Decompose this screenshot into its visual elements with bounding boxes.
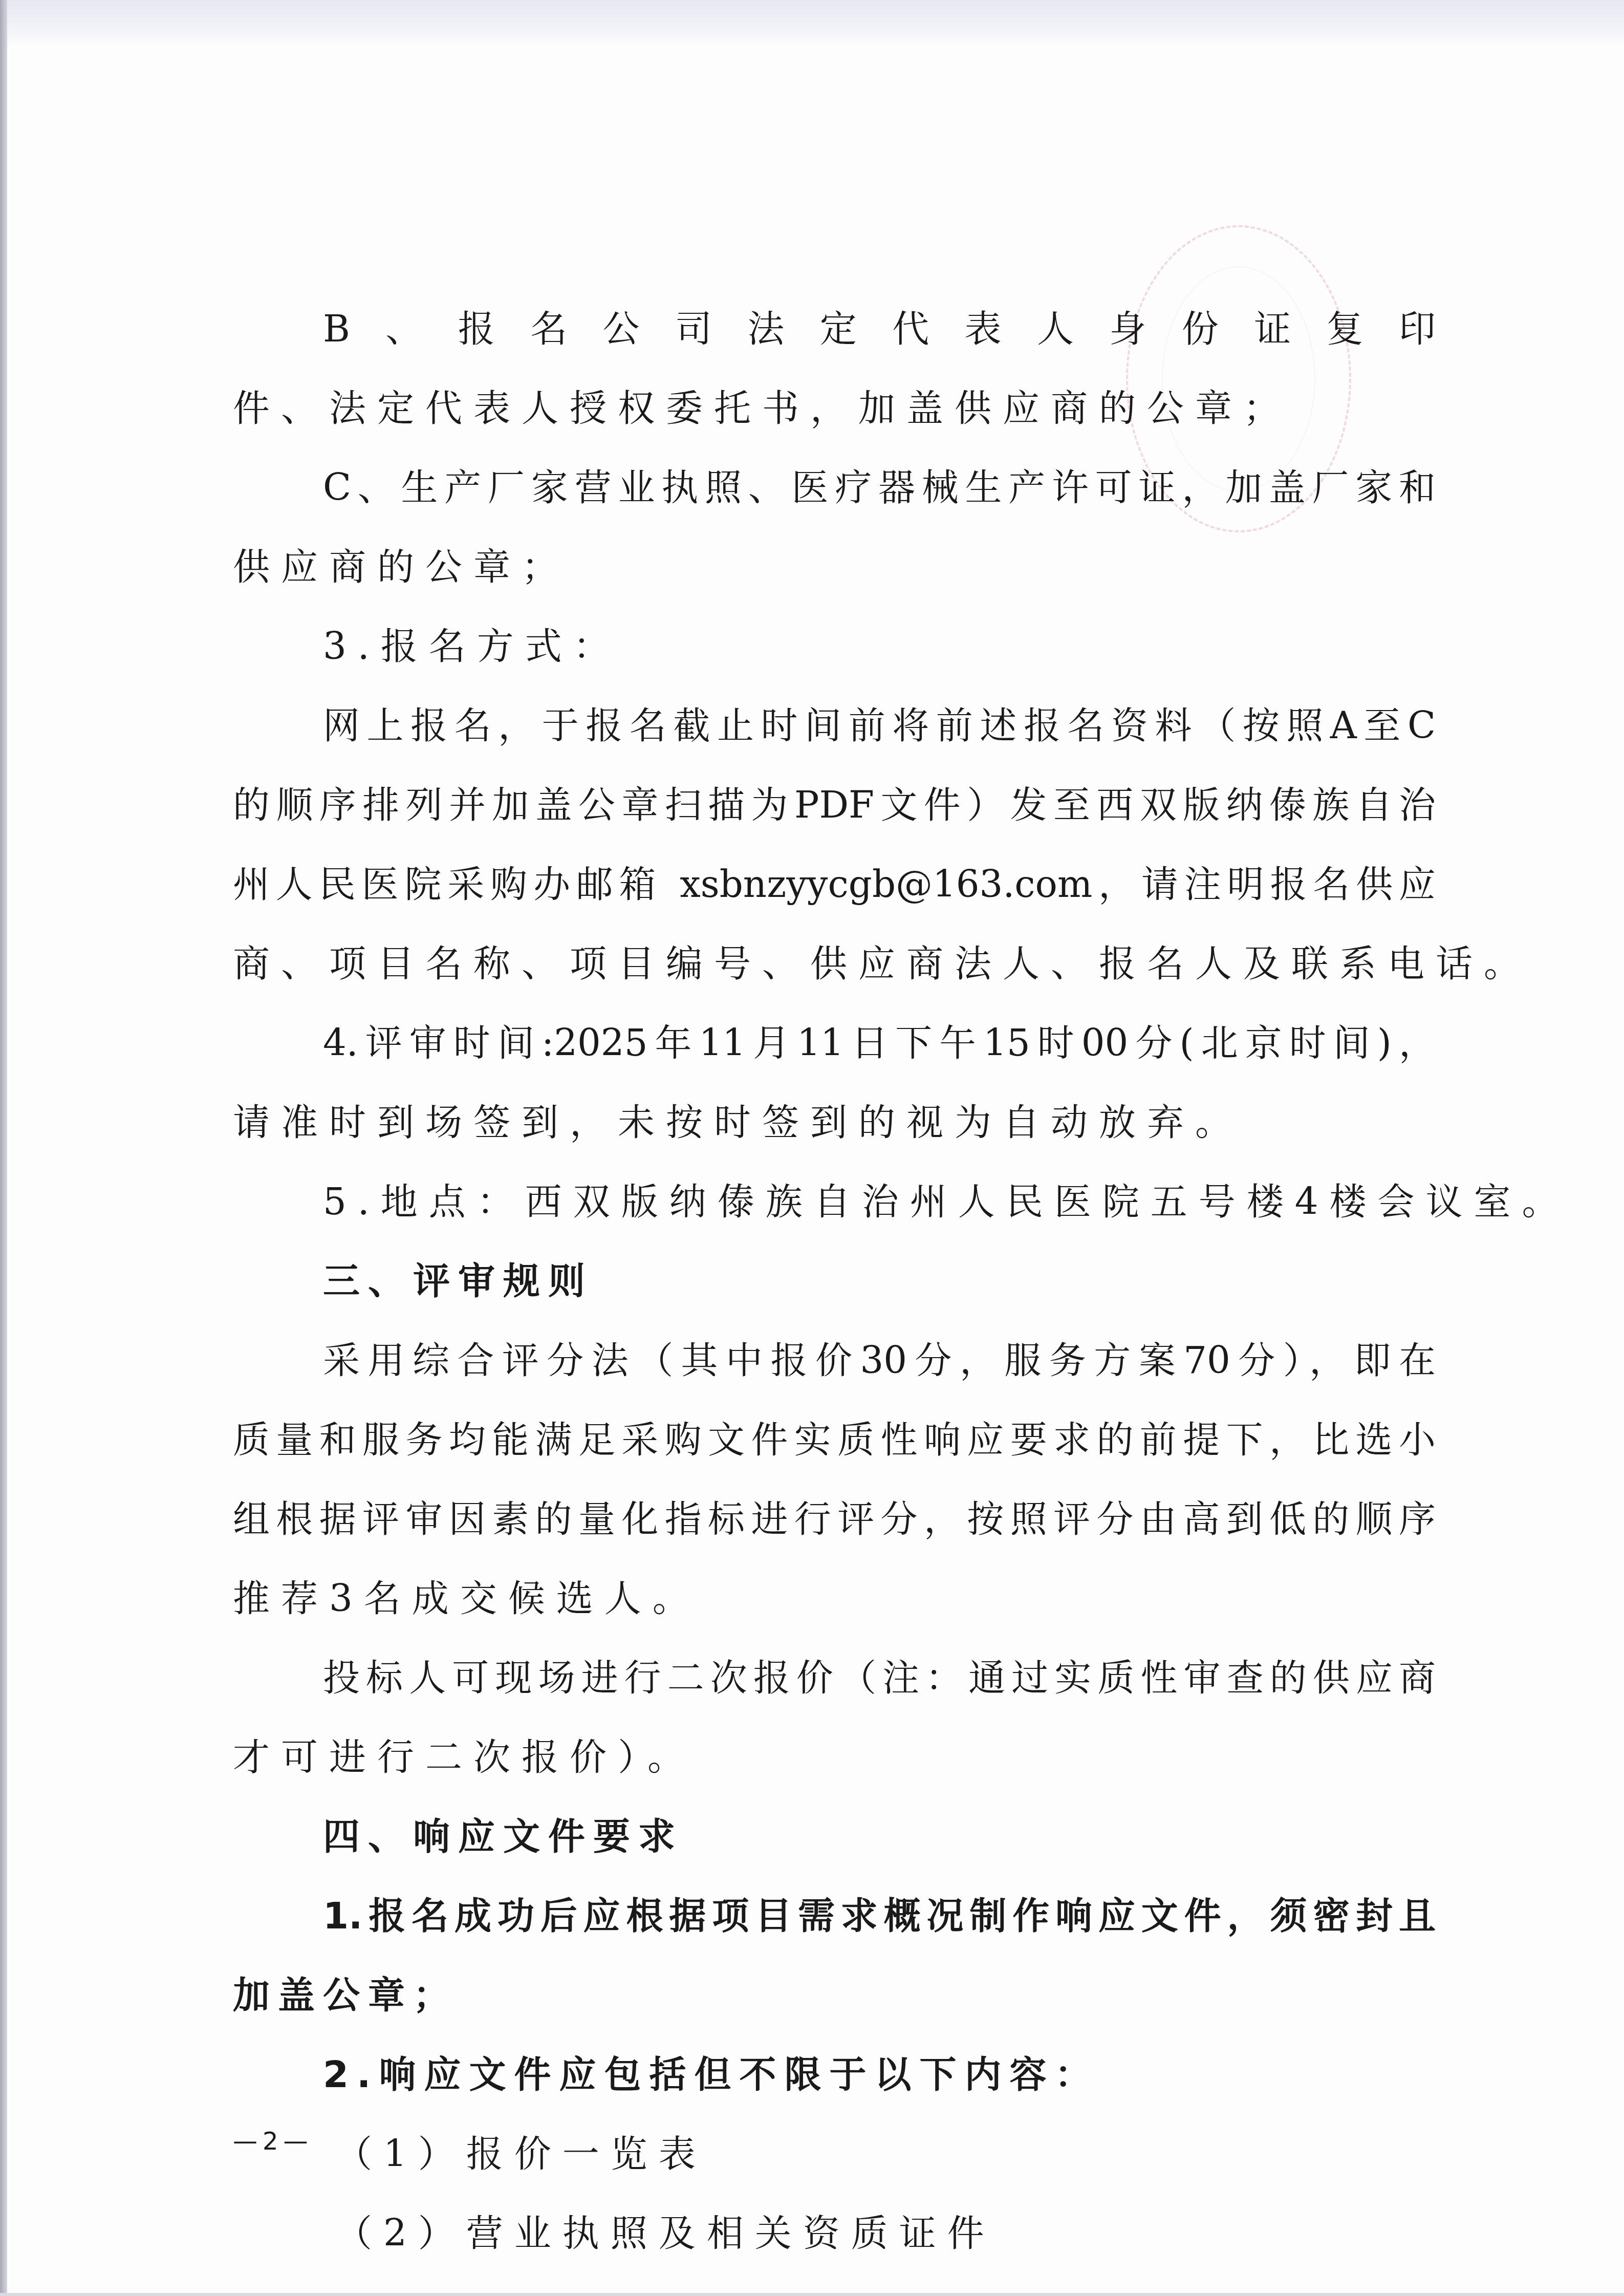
paragraph-line: 网上报名，于报名截止时间前将前述报名资料（按照A至C — [233, 686, 1436, 765]
paragraph-line: 质量和服务均能满足采购文件实质性响应要求的前提下，比选小 — [233, 1400, 1436, 1479]
paragraph-line: C、生产厂家营业执照、医疗器械生产许可证，加盖厂家和 — [233, 448, 1436, 527]
paragraph-line: 商、项目名称、项目编号、供应商法人、报名人及联系电话。 — [233, 924, 1436, 1003]
document-body: B、报名公司法定代表人身份证复印 件、法定代表人授权委托书，加盖供应商的公章； … — [233, 289, 1436, 2273]
paragraph-line: 的顺序排列并加盖公章扫描为PDF文件）发至西双版纳傣族自治 — [233, 765, 1436, 845]
requirement-line: 加盖公章； — [233, 1956, 1436, 2035]
paragraph-line: 供应商的公章； — [233, 527, 1436, 607]
requirement-line: 2.响应文件应包括但不限于以下内容： — [233, 2035, 1436, 2114]
paragraph-line: 件、法定代表人授权委托书，加盖供应商的公章； — [233, 369, 1436, 448]
page-number: —2— — [233, 2127, 313, 2156]
section-heading-response-docs: 四、响应文件要求 — [233, 1797, 1436, 1876]
list-item: （1）报价一览表 — [233, 2114, 1436, 2194]
paragraph-line: 才可进行二次报价）。 — [233, 1718, 1436, 1797]
list-item: （2）营业执照及相关资质证件 — [233, 2194, 1436, 2273]
paragraph-line: 采用综合评分法（其中报价30分，服务方案70分），即在 — [233, 1321, 1436, 1400]
review-time-line: 4.评审时间:2025年11月11日下午15时00分(北京时间)， — [233, 1003, 1436, 1083]
paragraph-line: 推荐3名成交候选人。 — [233, 1559, 1436, 1638]
paragraph-line-email: 州人民医院采购办邮箱 xsbnzyycgb@163.com，请注明报名供应 — [233, 845, 1436, 924]
scan-edge-left — [0, 0, 7, 2296]
paragraph-line: 请准时到场签到，未按时签到的视为自动放弃。 — [233, 1083, 1436, 1162]
scan-band-top — [7, 0, 1624, 46]
paragraph-line: 组根据评审因素的量化指标进行评分，按照评分由高到低的顺序 — [233, 1479, 1436, 1559]
subsection-title: 3.报名方式： — [233, 607, 1436, 686]
paragraph-line: 投标人可现场进行二次报价（注：通过实质性审查的供应商 — [233, 1638, 1436, 1718]
scan-edge-bottom — [0, 2293, 1624, 2296]
paragraph-line: B、报名公司法定代表人身份证复印 — [233, 289, 1436, 369]
section-heading-review-rules: 三、评审规则 — [233, 1241, 1436, 1321]
requirement-line: 1.报名成功后应根据项目需求概况制作响应文件，须密封且 — [233, 1876, 1436, 1956]
location-line: 5.地点：西双版纳傣族自治州人民医院五号楼4楼会议室。 — [233, 1162, 1436, 1241]
